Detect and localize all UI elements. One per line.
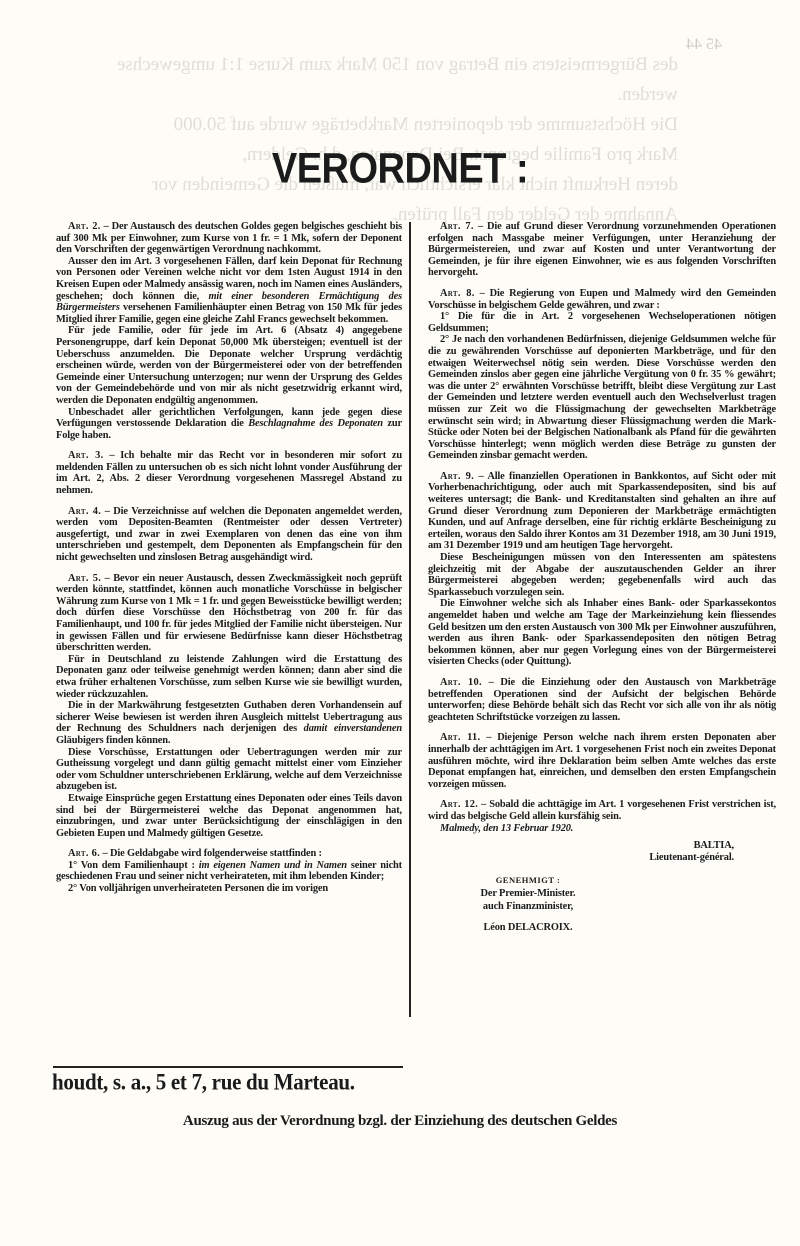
- article-paragraph: Für in Deutschland zu leistende Zahlunge…: [56, 654, 402, 700]
- article-paragraph: Diese Vorschüsse, Erstattungen oder Uebe…: [56, 747, 402, 793]
- approval-name: Léon DELACROIX.: [428, 921, 628, 934]
- column-divider: [409, 222, 411, 1017]
- document-caption: Auszug aus der Verordnung bzgl. der Einz…: [0, 1113, 800, 1130]
- article-text: – Alle finanziellen Operationen in Bankk…: [428, 471, 776, 552]
- article-text: Gläubigers finden können.: [56, 735, 170, 746]
- place-date: Malmedy, den 13 Februar 1920.: [440, 823, 776, 835]
- article-text-italic: im eigenen Namen und in Namen: [199, 860, 347, 871]
- article-label: Art. 8.: [440, 288, 475, 299]
- article-label: Art. 2.: [68, 221, 101, 232]
- signatory-name: BALTIA,: [428, 840, 734, 852]
- article-text: – Bevor ein neuer Austausch, dessen Zwec…: [56, 573, 402, 654]
- approval-block: GENEHMIGT : Der Premier-Minister. auch F…: [428, 874, 628, 934]
- footer-rule: [53, 1066, 403, 1068]
- right-column: Art. 7. – Die auf Grund dieser Verordnun…: [428, 221, 776, 934]
- article-10: Art. 10. – Die die Einziehung oder den A…: [428, 677, 776, 723]
- article-label: Art. 12.: [440, 799, 478, 810]
- article-label: Art. 10.: [440, 677, 482, 688]
- article-paragraph: 2° Von volljährigen unverheirateten Pers…: [56, 883, 402, 895]
- article-11: Art. 11. – Diejenige Person welche nach …: [428, 732, 776, 790]
- printer-imprint: houdt, s. a., 5 et 7, rue du Marteau.: [52, 1069, 355, 1097]
- article-label: Art. 3.: [68, 450, 104, 461]
- article-12: Art. 12. – Sobald die achttägige im Art.…: [428, 799, 776, 822]
- article-text: – Die Regierung von Eupen und Malmedy wi…: [428, 288, 776, 311]
- article-text: – Ich behalte mir das Recht vor in beson…: [56, 450, 402, 496]
- signature-block: BALTIA, Lieutenant-général.: [428, 840, 734, 864]
- bleed-line: werden.: [118, 80, 678, 110]
- article-text: – Der Austausch des deutschen Goldes geg…: [56, 221, 402, 255]
- article-label: Art. 5.: [68, 573, 101, 584]
- article-3: Art. 3. – Ich behalte mir das Recht vor …: [56, 450, 402, 496]
- article-label: Art. 9.: [440, 471, 474, 482]
- bleed-through-text: des Bürgermeisters ein Betrag von 150 Ma…: [118, 50, 678, 230]
- bleed-through-page-number: 45 44: [686, 36, 722, 54]
- bleed-line: des Bürgermeisters ein Betrag von 150 Ma…: [118, 50, 678, 80]
- article-paragraph: Etwaige Einsprüche gegen Erstattung eine…: [56, 793, 402, 839]
- article-text: – Sobald die achttägige im Art. 1 vorges…: [428, 799, 776, 822]
- article-6: Art. 6. – Die Geldabgabe wird folgenderw…: [56, 848, 402, 894]
- approval-heading: GENEHMIGT :: [428, 874, 628, 887]
- article-8: Art. 8. – Die Regierung von Eupen und Ma…: [428, 288, 776, 462]
- article-label: Art. 11.: [440, 732, 480, 743]
- article-label: Art. 4.: [68, 506, 101, 517]
- article-paragraph: Diese Bescheinigungen müssen von den Int…: [428, 552, 776, 598]
- article-text: 1° Von dem Familienhaupt :: [68, 860, 199, 871]
- article-text-italic: Beschlagnahme des Deponaten: [248, 418, 383, 429]
- article-4: Art. 4. – Die Verzeichnisse auf welchen …: [56, 506, 402, 564]
- article-text: – Die auf Grund dieser Verordnung vorzun…: [428, 221, 776, 278]
- article-paragraph: Die Einwohner welche sich als Inhaber ei…: [428, 598, 776, 668]
- article-2: Art. 2. – Der Austausch des deutschen Go…: [56, 221, 402, 441]
- article-9: Art. 9. – Alle finanziellen Operationen …: [428, 471, 776, 668]
- article-5: Art. 5. – Bevor ein neuer Austausch, des…: [56, 573, 402, 840]
- approval-line: Der Premier-Minister.: [428, 887, 628, 900]
- article-text-italic: damit einverstandenen: [304, 723, 402, 734]
- bleed-line: Die Höchstsumme der deponierten Markbetr…: [118, 110, 678, 140]
- article-label: Art. 7.: [440, 221, 474, 232]
- article-7: Art. 7. – Die auf Grund dieser Verordnun…: [428, 221, 776, 279]
- approval-line: auch Finanzminister,: [428, 900, 628, 913]
- article-text: – Die Geldabgabe wird folgenderweise sta…: [100, 848, 322, 859]
- article-text: – Die Verzeichnisse auf welchen die Depo…: [56, 506, 402, 563]
- article-paragraph: 1° Die für die in Art. 2 vorgesehenen We…: [428, 311, 776, 334]
- article-label: Art. 6.: [68, 848, 100, 859]
- document-title: VERORDNET :: [0, 145, 800, 193]
- article-text: – Diejenige Person welche nach ihrem ers…: [428, 732, 776, 789]
- signatory-rank: Lieutenant-général.: [428, 852, 734, 864]
- article-paragraph: Für jede Familie, oder für jede im Art. …: [56, 325, 402, 406]
- article-paragraph: 2° Je nach den vorhandenen Bedürfnissen,…: [428, 334, 776, 462]
- left-column: Art. 2. – Der Austausch des deutschen Go…: [56, 221, 402, 904]
